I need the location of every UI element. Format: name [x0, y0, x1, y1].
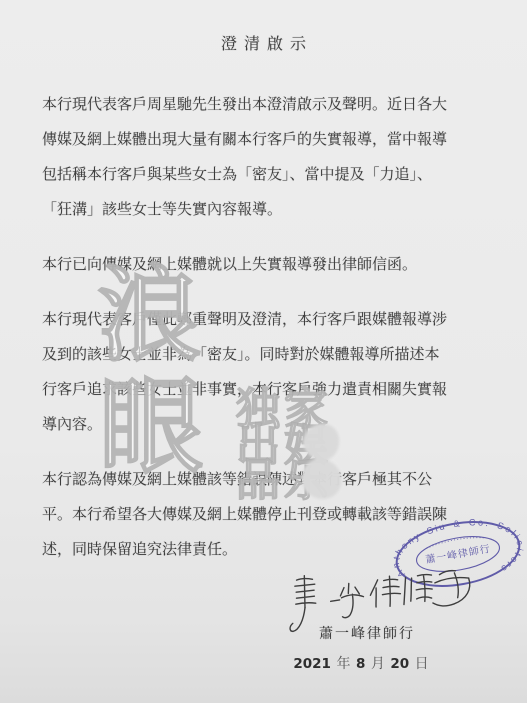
text-line: 本行認為傳媒及網上媒體該等錯誤陳述對本行客戶極其不公: [42, 463, 462, 498]
date-day-unit: 日: [415, 657, 429, 672]
scanned-letter: 澄清啟示 本行現代表客戶周星馳先生發出本澄清啟示及聲明。近日各大 傳媒及網上媒體…: [0, 0, 527, 703]
date-day: 20: [390, 656, 409, 672]
text-line: 傳媒及網上媒體出現大量有關本行客戶的失實報導，當中報導: [42, 123, 462, 158]
gray-blob-redaction: [296, 422, 348, 502]
text-line: 及到的該些女士並非為「密友」。同時對於媒體報導所描述本: [42, 338, 462, 373]
paragraph-2: 本行已向傳媒及網上媒體就以上失實報導發出律師信函。: [42, 248, 462, 283]
date-month-unit: 月: [371, 657, 385, 672]
date-month: 8: [356, 656, 365, 672]
text-line: 包括稱本行客戶與某些女士為「密友」、當中提及「力追」、: [42, 158, 462, 193]
text-line: 本行現代表客戶周星馳先生發出本澄清啟示及聲明。近日各大: [42, 88, 462, 123]
text-line: 行客戶追求該些女士並非事實，本行客戶強力遣責相關失實報: [42, 373, 462, 408]
stamp-center-text: 蕭一峰律師行: [424, 542, 491, 566]
signature-handwriting: [276, 566, 480, 646]
page-title: 澄清啟示: [0, 31, 527, 54]
date-year: 2021: [293, 656, 331, 672]
text-line: 導內容。: [42, 408, 462, 443]
paragraph-3: 本行現代表客戶僅此鄭重聲明及澄清，本行客戶跟媒體報導涉 及到的該些女士並非為「密…: [42, 303, 462, 443]
paragraph-1: 本行現代表客戶周星馳先生發出本澄清啟示及聲明。近日各大 傳媒及網上媒體出現大量有…: [42, 88, 462, 228]
text-line: 「狂溝」該些女士等失實內容報導。: [42, 193, 462, 228]
text-line: 本行現代表客戶僅此鄭重聲明及澄清，本行客戶跟媒體報導涉: [42, 303, 462, 338]
date: 2021 年 8 月 20 日: [277, 653, 447, 673]
date-year-unit: 年: [336, 657, 350, 672]
text-line: 本行已向傳媒及網上媒體就以上失實報導發出律師信函。: [42, 248, 462, 283]
